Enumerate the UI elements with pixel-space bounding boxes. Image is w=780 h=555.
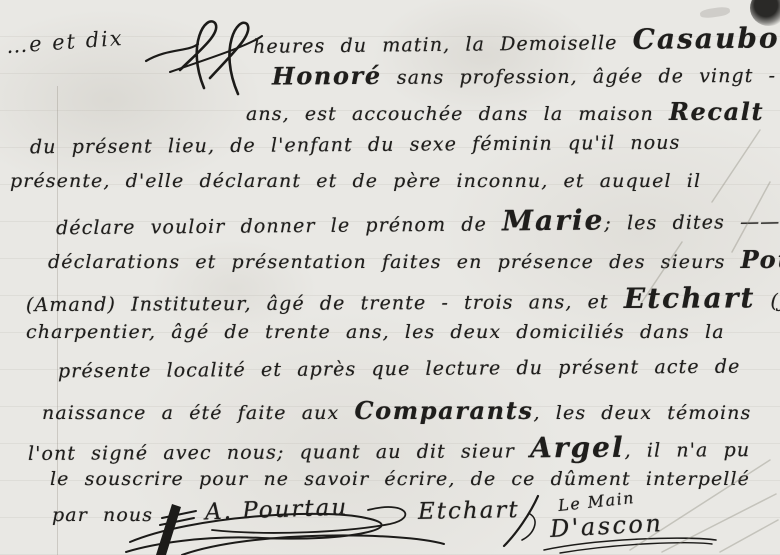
margin-note: …e et dix	[5, 26, 124, 58]
scratch-marks-right	[620, 120, 780, 320]
line-text: heures du matin, la Demoiselle	[253, 32, 633, 58]
line-text: (Amand) Instituteur, âgé de trente - tro…	[26, 291, 624, 316]
paraph-flourish-icon	[140, 6, 265, 101]
line-text: , les deux témoins	[534, 402, 752, 424]
manuscript-line-10: présente localité et après que lecture d…	[58, 356, 741, 383]
manuscript-line-5: présente, d'elle déclarant et de père in…	[10, 170, 701, 192]
name-casaubon: Casaubon	[632, 21, 780, 56]
ink-smudge	[700, 6, 731, 19]
line-text: ans, est accouchée dans la maison	[246, 103, 669, 125]
manuscript-line-11: naissance a été faite aux Comparants, le…	[42, 396, 751, 425]
bottom-paraph-flourish-icon	[112, 500, 447, 555]
line-text: naissance a été faite aux	[42, 402, 354, 424]
manuscript-line-2: Honoré sans profession, âgée de vingt - …	[272, 59, 780, 91]
name-honore: Honoré	[272, 61, 382, 91]
line-text: l'ont signé avec nous; quant au dit sieu…	[28, 440, 530, 465]
word-comparants: Comparants	[354, 396, 533, 425]
line-text: du présent lieu, de l'enfant du sexe fém…	[30, 132, 681, 159]
scratch-marks-bottom-right	[600, 440, 780, 555]
manuscript-line-1: heures du matin, la Demoiselle Casaubon	[253, 21, 780, 60]
line-text: sans profession, âgée de vingt - six	[382, 65, 780, 89]
manuscript-line-4: du présent lieu, de l'enfant du sexe fém…	[30, 132, 681, 159]
line-text: charpentier, âgé de trente ans, les deux…	[26, 321, 725, 343]
manuscript-line-9: charpentier, âgé de trente ans, les deux…	[26, 321, 725, 343]
name-marie: Marie	[502, 203, 605, 237]
line-text: présente localité et après que lecture d…	[58, 356, 741, 383]
line-text: déclare vouloir donner le prénom de	[56, 213, 502, 239]
line-text: présente, d'elle déclarant et de père in…	[10, 170, 701, 192]
document-scan: …e et dix heures du matin, la Demoiselle…	[0, 0, 780, 555]
